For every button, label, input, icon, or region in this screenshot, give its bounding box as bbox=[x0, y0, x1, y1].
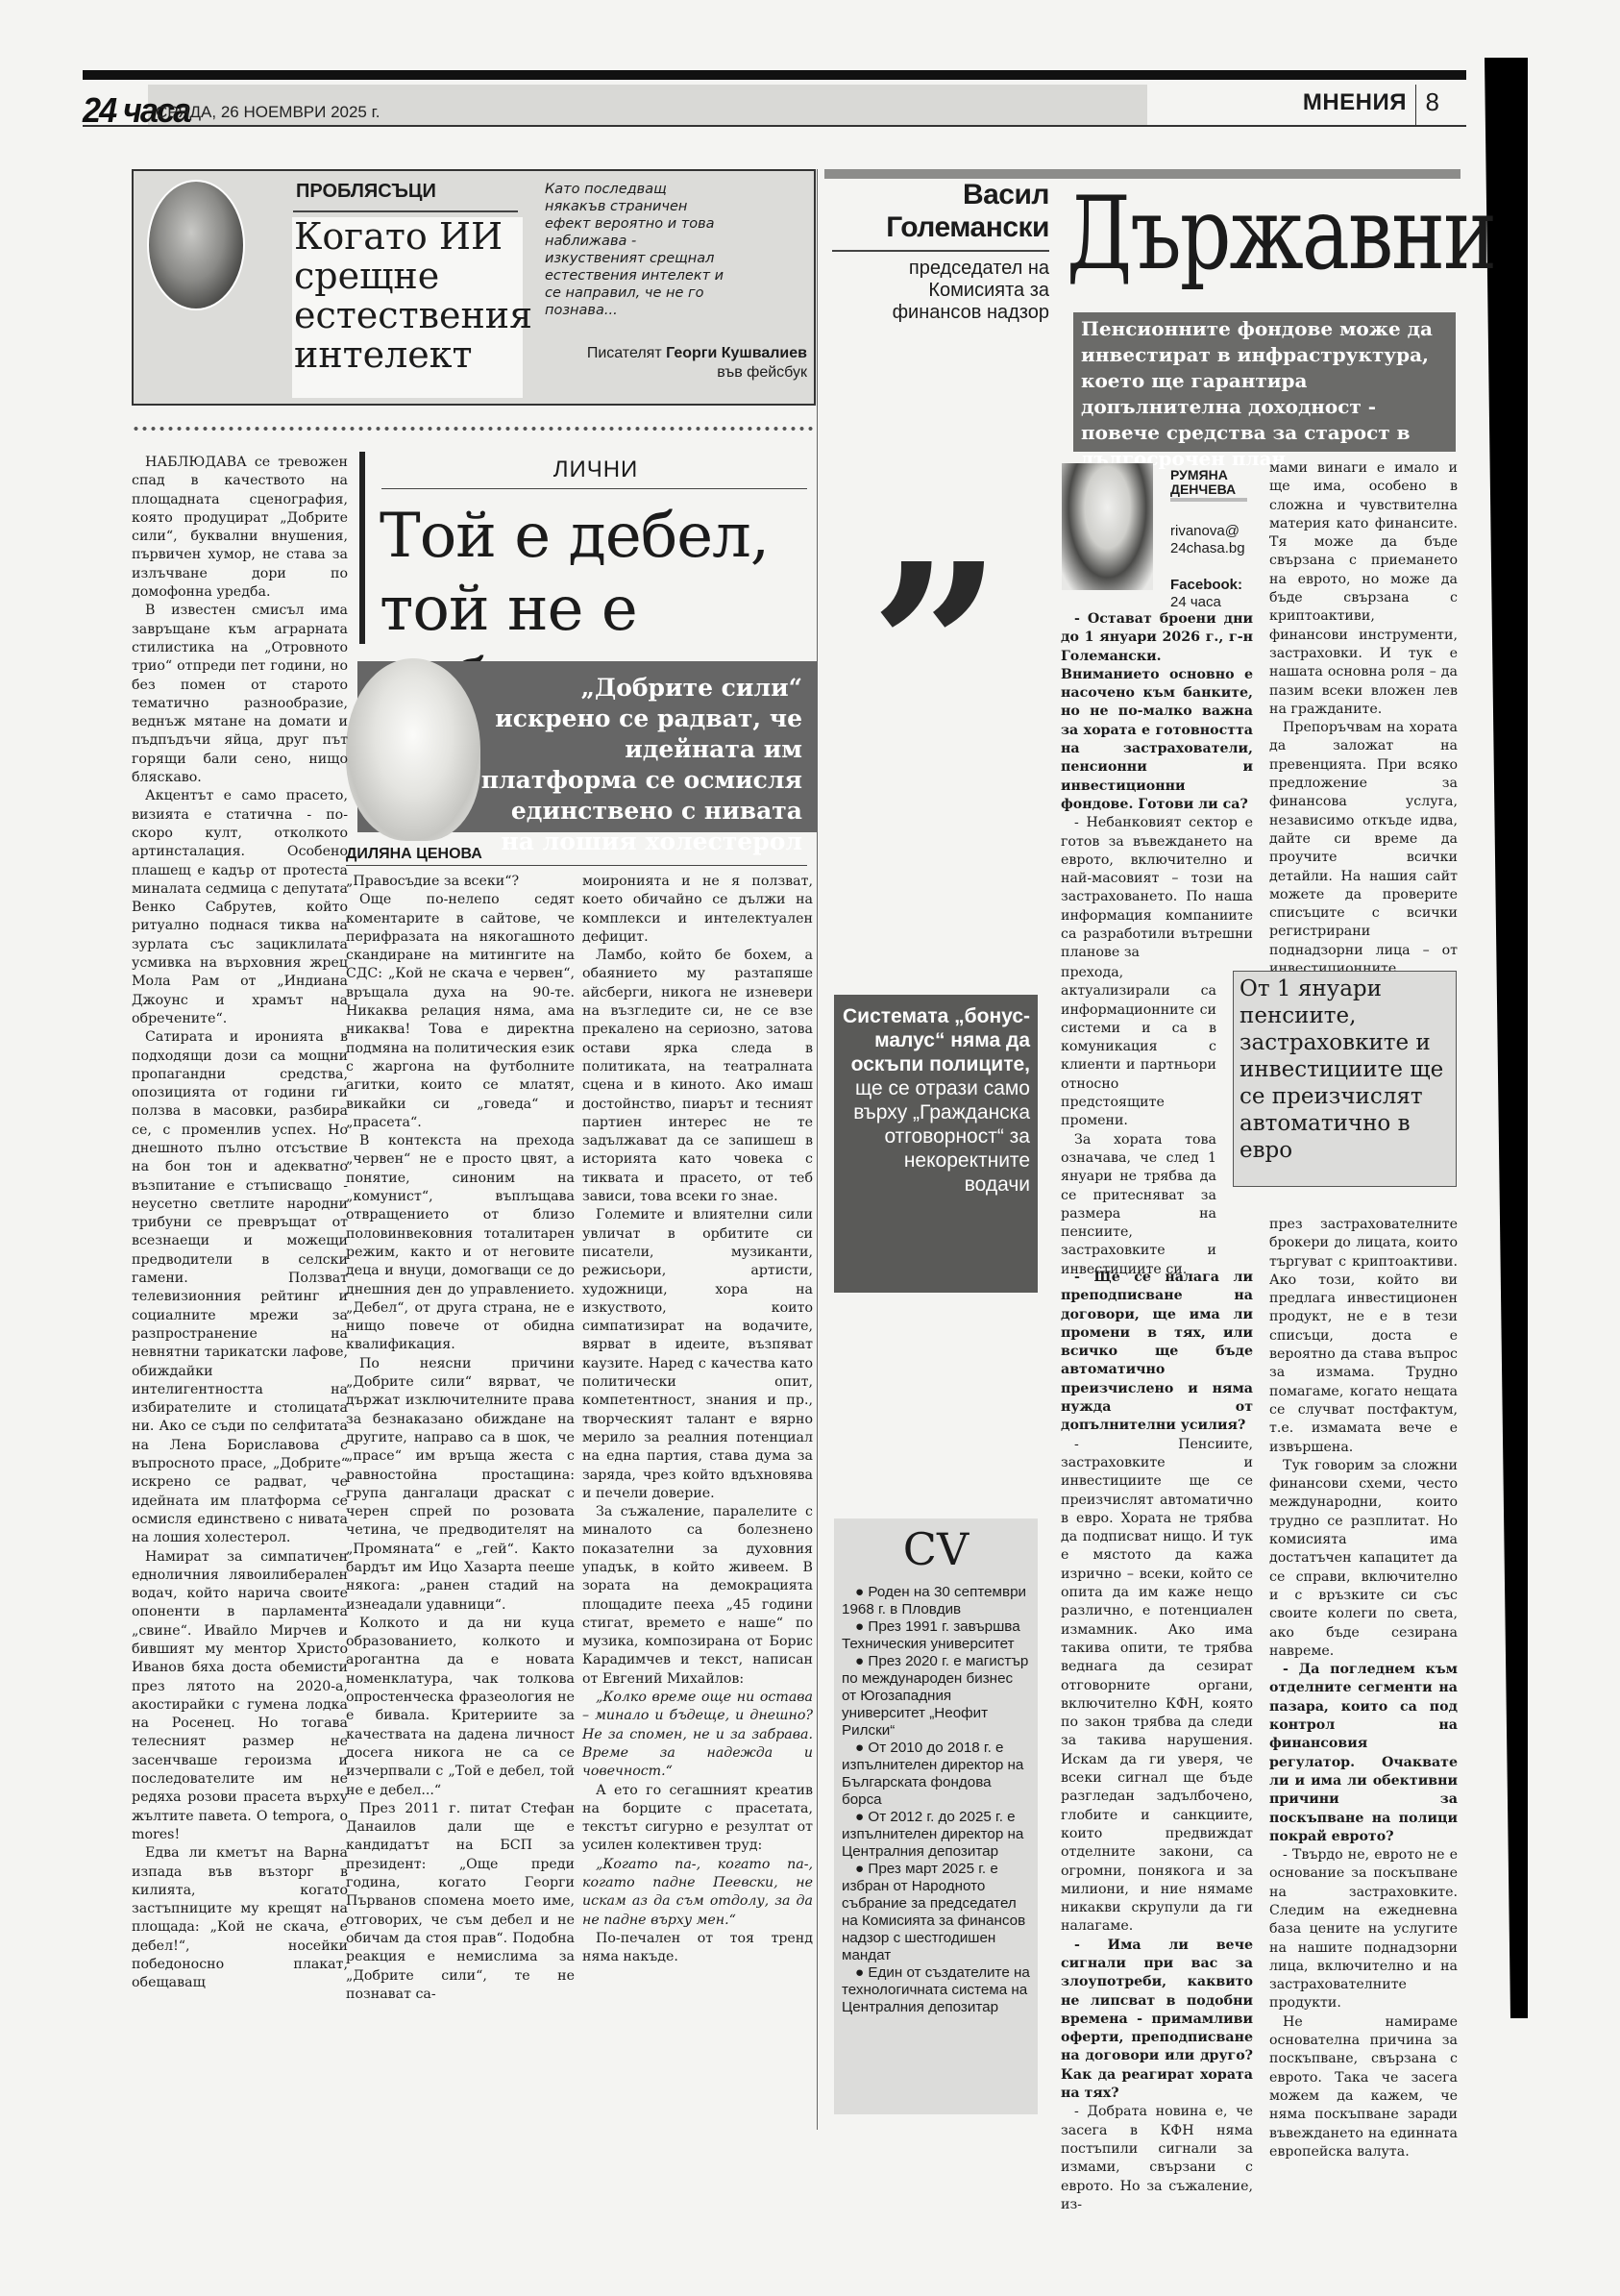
cv-item: От 2010 до 2018 г. е изпълнителен директ… bbox=[842, 1740, 1030, 1809]
opinion-column-3: моиронията и не я ползват, което обичайн… bbox=[582, 873, 813, 1967]
paragraph: По-печален от тоя тренд няма накъде. bbox=[582, 1930, 813, 1967]
answer: прехода, актуализирали са информационнит… bbox=[1061, 964, 1216, 1131]
answer: - Твърдо не, еврото не е основание за по… bbox=[1269, 1846, 1458, 2013]
quote-box-quote: Като последващ някакъв страничен ефект в… bbox=[545, 181, 727, 319]
paragraph: Още по-нелепо седят коментарите в сайтов… bbox=[346, 891, 575, 1132]
paragraph: Едва ли кметът на Варна изпада във възто… bbox=[132, 1844, 348, 1992]
question: - Ще се налага ли преподписване на догов… bbox=[1061, 1269, 1253, 1436]
page-number: 8 bbox=[1426, 87, 1439, 117]
name-underline bbox=[832, 250, 1049, 252]
answer: - Добрата новина е, че засега в КФН няма… bbox=[1061, 2103, 1253, 2214]
attribution-name: Георги Кушвалиев bbox=[666, 345, 807, 361]
kicker-underline bbox=[293, 210, 518, 212]
question: - Има ли вече сигнали при вас за злоупот… bbox=[1061, 1937, 1253, 2104]
answer: Тук говорим за сложни финансови схеми, ч… bbox=[1269, 1457, 1458, 1661]
attribution-prefix: Писателят bbox=[587, 345, 662, 361]
columnist-photo bbox=[346, 658, 480, 841]
interview-column-2-lower: през застрахователните брокери до лицата… bbox=[1269, 1216, 1458, 2161]
page-header: 24 часа СРЯДА, 26 НОЕМВРИ 2025 г. МНЕНИЯ… bbox=[83, 85, 1466, 127]
paragraph: Колкото и да ни куца образованието, колк… bbox=[346, 1615, 575, 1800]
kicker-vertical-bar bbox=[359, 452, 365, 644]
facebook-value: 24 часа bbox=[1170, 594, 1221, 610]
byline-rule bbox=[1170, 498, 1247, 502]
section-name: МНЕНИЯ bbox=[1303, 89, 1407, 116]
interview-column-2: мами винаги е имало и ще има, особено в … bbox=[1269, 459, 1458, 998]
paragraph: Ламбо, който бе бохем, а обаянието му ра… bbox=[582, 947, 813, 1206]
paragraph: Големите и влиятелни сили увличат в орби… bbox=[582, 1206, 813, 1503]
callout-bold: Системата „бонус-малус“ няма да оскъпи п… bbox=[843, 1005, 1030, 1075]
paragraph: Акцентът е само прасето, визията е стати… bbox=[132, 787, 348, 1028]
callout-text: ще се отрази само върху „Гражданска отго… bbox=[853, 1077, 1030, 1196]
answer: За хората това означава, че след 1 януар… bbox=[1061, 1131, 1216, 1279]
paragraph: В контекста на прехода „червен“ не е про… bbox=[346, 1132, 575, 1355]
interview-column-1: - Остават броени дни до 1 януари 2026 г.… bbox=[1061, 610, 1253, 963]
paragraph: В известен смисъл има завръщане към агра… bbox=[132, 602, 348, 787]
interviewer-facebook: Facebook: 24 часа bbox=[1170, 577, 1242, 611]
paragraph: А ето го сегашният креатив на борците с … bbox=[582, 1782, 813, 1856]
quote-attribution: Писателят Георги Кушвалиев във фейсбук bbox=[577, 344, 807, 383]
question: - Да погледнем към отделните сегменти на… bbox=[1269, 1661, 1458, 1846]
question-text: - Има ли вече сигнали при вас за злоупот… bbox=[1061, 1938, 1253, 2101]
byline-rule bbox=[346, 865, 807, 866]
facebook-label: Facebook: bbox=[1170, 577, 1242, 593]
interview-column-1-wrap: прехода, актуализирали са информационнит… bbox=[1061, 964, 1216, 1279]
lead-quote: „Добрите сили“ искрено се радват, че иде… bbox=[480, 673, 802, 857]
opinion-column-1: НАБЛЮДАВА се тревожен спад в качеството … bbox=[132, 454, 348, 1993]
question-text: - Ще се налага ли преподписване на догов… bbox=[1061, 1270, 1253, 1433]
paragraph: През 2011 г. питат Стефан Данаилов дали … bbox=[346, 1800, 575, 2004]
columnist-byline: ДИЛЯНА ЦЕНОВА bbox=[346, 846, 482, 863]
paragraph: НАБЛЮДАВА се тревожен спад в качеството … bbox=[132, 454, 348, 602]
verse-quote: „Колко време още ни остава – минало и бъ… bbox=[582, 1689, 813, 1781]
pull-quote-box: От 1 януари пенсиите, застраховките и ин… bbox=[1233, 971, 1457, 1187]
column-kicker: ЛИЧНИ bbox=[384, 457, 807, 483]
answer: мами винаги е имало и ще има, особено в … bbox=[1269, 459, 1458, 719]
interview-column-1-lower: - Ще се налага ли преподписване на догов… bbox=[1061, 1269, 1253, 2214]
page-number-divider bbox=[1415, 85, 1416, 125]
dotted-divider bbox=[132, 426, 816, 432]
cv-item: Един от създателите на технологичната си… bbox=[842, 1964, 1030, 2016]
question: - Остават броени дни до 1 януари 2026 г.… bbox=[1061, 610, 1253, 814]
attribution-suffix: във фейсбук bbox=[717, 364, 807, 381]
issue-date: СРЯДА, 26 НОЕМВРИ 2025 г. bbox=[156, 103, 380, 122]
answer: - Небанковият сектор е готов за въвеждан… bbox=[1061, 814, 1253, 962]
answer: - Пенсиите, застраховките и инвестициите… bbox=[1061, 1436, 1253, 1937]
cv-box: CV Роден на 30 септември 1968 г. в Пловд… bbox=[834, 1518, 1038, 2114]
interviewer-email: rivanova@ 24chasa.bg bbox=[1170, 523, 1255, 557]
paragraph: По неясни причини „Добрите сили“ вярват,… bbox=[346, 1355, 575, 1615]
answer: Препоръчвам на хората да заложат на прев… bbox=[1269, 719, 1458, 997]
header-top-rule bbox=[83, 70, 1466, 80]
interviewer-byline: РУМЯНА ДЕНЧЕВА bbox=[1170, 468, 1257, 497]
interviewee-role: председател на Комисията за финансов над… bbox=[836, 258, 1049, 324]
scan-edge-shadow bbox=[1485, 58, 1528, 2018]
column-separator bbox=[817, 169, 818, 2130]
question-text: - Остават броени дни до 1 януари 2026 г.… bbox=[1061, 611, 1253, 812]
paragraph: „Правосъдие за всеки“? bbox=[346, 873, 575, 891]
interview-headline: Държавни bbox=[1067, 173, 1495, 293]
question-text: - Да погледнем към отделните сегменти на… bbox=[1269, 1662, 1458, 1844]
interview-lead: Пенсионните фондове може да инвестират в… bbox=[1073, 312, 1456, 452]
cv-item: Роден на 30 септември 1968 г. в Пловдив bbox=[842, 1584, 1030, 1618]
quotation-mark-icon: ” bbox=[870, 553, 964, 745]
opinion-column-2: „Правосъдие за всеки“? Още по-нелепо сед… bbox=[346, 873, 575, 2004]
answer: Не намираме основателна причина за поскъ… bbox=[1269, 2013, 1458, 2161]
cv-item: През март 2025 г. е избран от Народното … bbox=[842, 1861, 1030, 1964]
author-portrait-photo bbox=[147, 180, 245, 310]
cv-item: От 2012 г. до 2025 г. е изпълнителен дир… bbox=[842, 1809, 1030, 1861]
interviewee-name: Васил Големански bbox=[836, 179, 1049, 244]
quote-box-kicker: ПРОБЛЯСЪЦИ bbox=[296, 181, 436, 203]
cv-item: През 2020 г. е магистър по международен … bbox=[842, 1653, 1030, 1740]
quote-box-title: Когато ИИ срещне естествения интелект bbox=[294, 217, 529, 375]
bonus-malus-callout: Системата „бонус-малус“ няма да оскъпи п… bbox=[834, 995, 1038, 1293]
paragraph: моиронията и не я ползват, което обичайн… bbox=[582, 873, 813, 947]
interviewer-photo bbox=[1062, 463, 1153, 590]
verse-quote: „Когато па-, когато па-, когато падне Пе… bbox=[582, 1856, 813, 1930]
paragraph: За съжаление, паралелите с миналото са б… bbox=[582, 1503, 813, 1689]
kicker-underline bbox=[381, 488, 807, 489]
paragraph: Сатирата и иронията в подходящи дози са … bbox=[132, 1028, 348, 1547]
answer: през застрахователните брокери до лицата… bbox=[1269, 1216, 1458, 1457]
cv-item: През 1991 г. завършва Техническия универ… bbox=[842, 1618, 1030, 1653]
headline-line-1: Той е дебел, bbox=[380, 500, 822, 573]
paragraph: Намират за симпатичен едноличния лявоили… bbox=[132, 1548, 348, 1845]
cv-title: CV bbox=[842, 1524, 1030, 1574]
